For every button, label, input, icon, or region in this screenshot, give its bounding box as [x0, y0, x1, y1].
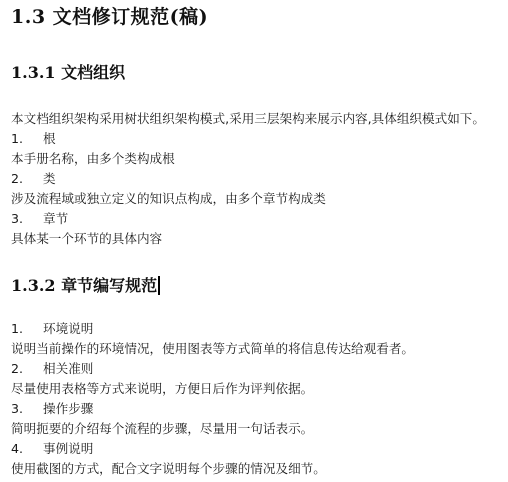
text-cursor [158, 276, 160, 295]
list-item-number-label: 3.章节 [11, 213, 68, 226]
list-label: 章节 [43, 211, 68, 226]
document-title: 1.3 文档修订规范(稿) [11, 8, 208, 27]
list-item-description: 说明当前操作的环境情况，使用图表等方式简单的将信息传达给观看者。 [11, 343, 414, 356]
list-label: 根 [43, 131, 56, 146]
list-number: 1. [11, 323, 43, 336]
list-item-number-label: 1.根 [11, 133, 56, 146]
section-heading-1-3-2[interactable]: 1.3.2 章节编写规范 [11, 276, 160, 295]
list-item-description: 具体某一个环节的具体内容 [11, 233, 162, 246]
list-label: 事例说明 [43, 441, 93, 456]
list-item-description: 涉及流程域或独立定义的知识点构成，由多个章节构成类 [11, 193, 326, 206]
section-heading-text: 1.3.2 章节编写规范 [11, 276, 157, 295]
list-number: 3. [11, 213, 43, 226]
list-number: 3. [11, 403, 43, 416]
list-label: 类 [43, 171, 56, 186]
list-number: 2. [11, 173, 43, 186]
list-item-description: 简明扼要的介绍每个流程的步骤，尽量用一句话表示。 [11, 423, 313, 436]
list-item-number-label: 4.事例说明 [11, 443, 93, 456]
document-page[interactable]: 1.3 文档修订规范(稿) 1.3.1 文档组织 本文档组织架构采用树状组织架构… [0, 0, 508, 482]
list-item-description: 尽量使用表格等方式来说明，方便日后作为评判依据。 [11, 383, 313, 396]
list-item-number-label: 3.操作步骤 [11, 403, 93, 416]
list-label: 相关准则 [43, 361, 93, 376]
list-item-number-label: 1.环境说明 [11, 323, 93, 336]
list-number: 2. [11, 363, 43, 376]
section-heading-1-3-1: 1.3.1 文档组织 [11, 65, 125, 81]
section-intro-paragraph: 本文档组织架构采用树状组织架构模式,采用三层架构来展示内容,具体组织模式如下。 [11, 113, 485, 126]
list-label: 操作步骤 [43, 401, 93, 416]
list-number: 1. [11, 133, 43, 146]
list-item-description: 使用截图的方式，配合文字说明每个步骤的情况及细节。 [11, 463, 326, 476]
list-item-description: 本手册名称，由多个类构成根 [11, 153, 175, 166]
list-item-number-label: 2.类 [11, 173, 56, 186]
list-number: 4. [11, 443, 43, 456]
list-item-number-label: 2.相关准则 [11, 363, 93, 376]
list-label: 环境说明 [43, 321, 93, 336]
